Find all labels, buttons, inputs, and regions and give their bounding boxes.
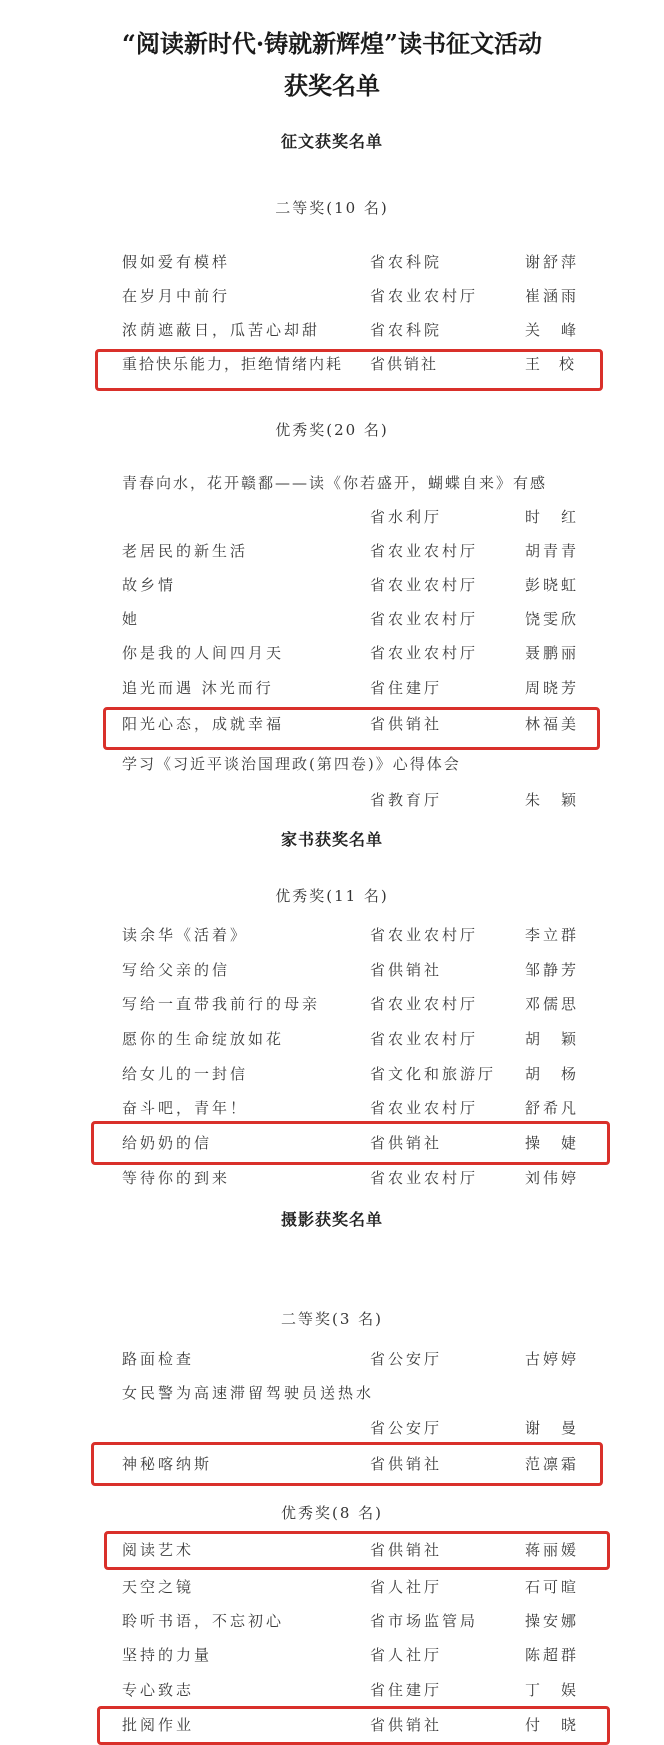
table-row: 坚持的力量 省人社厅 陈超群 xyxy=(0,1644,664,1668)
entry-name: 操安娜 xyxy=(525,1610,579,1631)
entry-unit: 省公安厅 xyxy=(370,1417,442,1438)
entry-title: 等待你的到来 xyxy=(122,1167,230,1188)
entry-unit: 省人社厅 xyxy=(370,1644,442,1665)
entry-name: 付 晓 xyxy=(525,1714,579,1735)
entry-name: 古婷婷 xyxy=(525,1348,579,1369)
entry-unit: 省教育厅 xyxy=(370,789,442,810)
entry-name: 林福美 xyxy=(525,713,579,734)
table-row: 写给父亲的信 省供销社 邹静芳 xyxy=(0,959,664,983)
table-row-continuation: 省水利厅 时 红 xyxy=(0,506,664,530)
entry-title: 神秘喀纳斯 xyxy=(122,1453,212,1474)
entry-name: 胡 颖 xyxy=(525,1028,579,1049)
entry-unit: 省住建厅 xyxy=(370,677,442,698)
entry-unit: 省公安厅 xyxy=(370,1348,442,1369)
table-row: 等待你的到来 省农业农村厅 刘伟婷 xyxy=(0,1167,664,1191)
entry-unit: 省供销社 xyxy=(370,1132,442,1153)
table-row: 奋斗吧，青年！ 省农业农村厅 舒希凡 xyxy=(0,1097,664,1121)
entry-title: 你是我的人间四月天 xyxy=(122,642,284,663)
table-row-continuation: 省公安厅 谢 曼 xyxy=(0,1417,664,1441)
entry-name: 李立群 xyxy=(525,924,579,945)
entry-unit: 省供销社 xyxy=(370,1539,442,1560)
entry-name: 饶雯欣 xyxy=(525,608,579,629)
entry-name: 陈超群 xyxy=(525,1644,579,1665)
entry-title: 重拾快乐能力，拒绝情绪内耗 xyxy=(122,353,343,374)
table-row-highlighted: 重拾快乐能力，拒绝情绪内耗 省供销社 王 校 xyxy=(0,353,664,377)
entry-title: 批阅作业 xyxy=(122,1714,194,1735)
entry-unit: 省农科院 xyxy=(370,319,442,340)
table-row-highlighted: 给奶奶的信 省供销社 操 婕 xyxy=(0,1132,664,1156)
entry-unit: 省住建厅 xyxy=(370,1679,442,1700)
entry-unit: 省农科院 xyxy=(370,251,442,272)
entry-name: 谢 曼 xyxy=(525,1417,579,1438)
table-row: 老居民的新生活 省农业农村厅 胡青青 xyxy=(0,540,664,564)
table-row-wrapped: 青春向水，花开赣鄱——读《你若盛开，蝴蝶自来》有感 xyxy=(0,472,664,496)
entry-name: 崔涵雨 xyxy=(525,285,579,306)
award-heading-excellence-photo: 优秀奖(8 名) xyxy=(0,1502,664,1523)
entry-title: 路面检查 xyxy=(122,1348,194,1369)
entry-unit: 省农业农村厅 xyxy=(370,1167,478,1188)
entry-name: 时 红 xyxy=(525,506,579,527)
entry-title: 奋斗吧，青年！ xyxy=(122,1097,248,1118)
entry-name: 谢舒萍 xyxy=(525,251,579,272)
entry-name: 关 峰 xyxy=(525,319,579,340)
table-row: 追光而遇 沐光而行 省住建厅 周晓芳 xyxy=(0,677,664,701)
entry-unit: 省农业农村厅 xyxy=(370,540,478,561)
entry-name: 丁 娱 xyxy=(525,1679,579,1700)
table-row: 浓荫遮蔽日，瓜苦心却甜 省农科院 关 峰 xyxy=(0,319,664,343)
entry-title: 浓荫遮蔽日，瓜苦心却甜 xyxy=(122,319,320,340)
entry-unit: 省文化和旅游厅 xyxy=(370,1063,496,1084)
entry-title: 读余华《活着》 xyxy=(122,924,248,945)
entry-title: 给奶奶的信 xyxy=(122,1132,212,1153)
entry-unit: 省供销社 xyxy=(370,1453,442,1474)
entry-unit: 省供销社 xyxy=(370,959,442,980)
entry-title: 在岁月中前行 xyxy=(122,285,230,306)
entry-unit: 省农业农村厅 xyxy=(370,285,478,306)
entry-name: 邹静芳 xyxy=(525,959,579,980)
entry-unit: 省人社厅 xyxy=(370,1576,442,1597)
entry-title: 愿你的生命绽放如花 xyxy=(122,1028,284,1049)
entry-unit: 省市场监管局 xyxy=(370,1610,478,1631)
entry-name: 胡青青 xyxy=(525,540,579,561)
table-row: 专心致志 省住建厅 丁 娱 xyxy=(0,1679,664,1703)
award-heading-second-prize-photo: 二等奖(3 名) xyxy=(0,1308,664,1329)
entry-unit: 省供销社 xyxy=(370,353,438,374)
entry-title: 老居民的新生活 xyxy=(122,540,248,561)
entry-name: 朱 颖 xyxy=(525,789,579,810)
entry-name: 彭晓虹 xyxy=(525,574,579,595)
table-row: 假如爱有模样 省农科院 谢舒萍 xyxy=(0,251,664,275)
document-title-line1: “阅读新时代·铸就新辉煌”读书征文活动 xyxy=(0,24,664,59)
table-row: 你是我的人间四月天 省农业农村厅 聂鹏丽 xyxy=(0,642,664,666)
entry-title: 追光而遇 沐光而行 xyxy=(122,677,274,698)
award-heading-excellence-essay: 优秀奖(20 名) xyxy=(0,419,664,440)
entry-title: 女民警为高速滞留驾驶员送热水 xyxy=(122,1382,374,1403)
table-row: 天空之镜 省人社厅 石可暄 xyxy=(0,1576,664,1600)
section-heading-essay: 征文获奖名单 xyxy=(0,129,664,152)
section-heading-photography: 摄影获奖名单 xyxy=(0,1207,664,1230)
table-row: 聆听书语，不忘初心 省市场监管局 操安娜 xyxy=(0,1610,664,1634)
table-row-highlighted: 阳光心态，成就幸福 省供销社 林福美 xyxy=(0,713,664,737)
table-row: 给女儿的一封信 省文化和旅游厅 胡 杨 xyxy=(0,1063,664,1087)
entry-title: 她 xyxy=(122,608,140,629)
table-row: 路面检查 省公安厅 古婷婷 xyxy=(0,1348,664,1372)
table-row-highlighted: 批阅作业 省供销社 付 晓 xyxy=(0,1714,664,1738)
entry-title: 阳光心态，成就幸福 xyxy=(122,713,284,734)
entry-name: 操 婕 xyxy=(525,1132,579,1153)
entry-name: 石可暄 xyxy=(525,1576,579,1597)
entry-name: 范凛霜 xyxy=(525,1453,579,1474)
entry-name: 刘伟婷 xyxy=(525,1167,579,1188)
table-row: 愿你的生命绽放如花 省农业农村厅 胡 颖 xyxy=(0,1028,664,1052)
entry-title: 坚持的力量 xyxy=(122,1644,212,1665)
entry-unit: 省供销社 xyxy=(370,1714,442,1735)
table-row-continuation: 省教育厅 朱 颖 xyxy=(0,789,664,813)
entry-title: 故乡情 xyxy=(122,574,176,595)
entry-name: 周晓芳 xyxy=(525,677,579,698)
table-row-wrapped: 女民警为高速滞留驾驶员送热水 xyxy=(0,1382,664,1406)
entry-title: 假如爱有模样 xyxy=(122,251,230,272)
entry-title: 天空之镜 xyxy=(122,1576,194,1597)
entry-name: 王 校 xyxy=(525,353,576,374)
entry-unit: 省供销社 xyxy=(370,713,442,734)
entry-unit: 省农业农村厅 xyxy=(370,642,478,663)
table-row: 读余华《活着》 省农业农村厅 李立群 xyxy=(0,924,664,948)
entry-unit: 省农业农村厅 xyxy=(370,1097,478,1118)
entry-title: 聆听书语，不忘初心 xyxy=(122,1610,284,1631)
table-row: 写给一直带我前行的母亲 省农业农村厅 邓儒思 xyxy=(0,993,664,1017)
entry-title: 给女儿的一封信 xyxy=(122,1063,248,1084)
entry-unit: 省农业农村厅 xyxy=(370,574,478,595)
entry-unit: 省农业农村厅 xyxy=(370,924,478,945)
entry-title: 写给父亲的信 xyxy=(122,959,230,980)
entry-unit: 省农业农村厅 xyxy=(370,608,478,629)
entry-name: 聂鹏丽 xyxy=(525,642,579,663)
entry-title: 阅读艺术 xyxy=(122,1539,194,1560)
entry-name: 蒋丽媛 xyxy=(525,1539,579,1560)
entry-unit: 省农业农村厅 xyxy=(370,993,478,1014)
entry-name: 胡 杨 xyxy=(525,1063,579,1084)
entry-unit: 省水利厅 xyxy=(370,506,442,527)
table-row: 故乡情 省农业农村厅 彭晓虹 xyxy=(0,574,664,598)
table-row-wrapped: 学习《习近平谈治国理政(第四卷)》心得体会 xyxy=(0,753,664,777)
entry-name: 邓儒思 xyxy=(525,993,579,1014)
award-heading-excellence-letters: 优秀奖(11 名) xyxy=(0,885,664,906)
entry-title: 写给一直带我前行的母亲 xyxy=(122,993,320,1014)
entry-title: 专心致志 xyxy=(122,1679,194,1700)
award-heading-second-prize-essay: 二等奖(10 名) xyxy=(0,197,664,218)
table-row: 她 省农业农村厅 饶雯欣 xyxy=(0,608,664,632)
table-row-highlighted: 神秘喀纳斯 省供销社 范凛霜 xyxy=(0,1453,664,1477)
entry-title: 学习《习近平谈治国理政(第四卷)》心得体会 xyxy=(122,753,461,774)
entry-title: 青春向水，花开赣鄱——读《你若盛开，蝴蝶自来》有感 xyxy=(122,472,547,493)
entry-name: 舒希凡 xyxy=(525,1097,579,1118)
section-heading-letters: 家书获奖名单 xyxy=(0,827,664,850)
table-row: 在岁月中前行 省农业农村厅 崔涵雨 xyxy=(0,285,664,309)
table-row-highlighted: 阅读艺术 省供销社 蒋丽媛 xyxy=(0,1539,664,1563)
document-title-line2: 获奖名单 xyxy=(0,66,664,101)
entry-unit: 省农业农村厅 xyxy=(370,1028,478,1049)
